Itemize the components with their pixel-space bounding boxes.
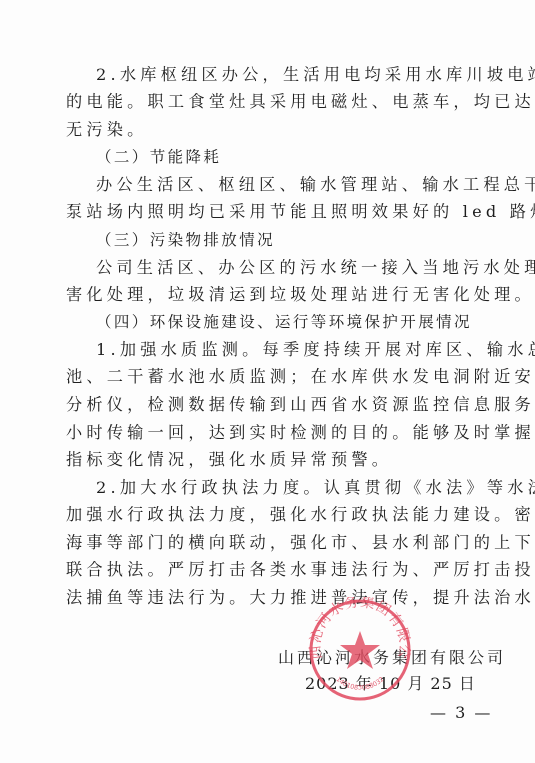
paragraph-line: 指标变化情况，强化水质异常预警。: [66, 450, 478, 470]
paragraph-line: 海事等部门的横向联动，强化市、县水利部门的上下联动，推动: [66, 533, 478, 553]
section-heading: （三）污染物排放情况: [96, 230, 478, 250]
paragraph-line: 联合执法。严厉打击各类水事违法行为、严厉打击投饵钓鱼、非: [66, 560, 478, 580]
paragraph-line: 公司生活区、办公区的污水统一接入当地污水处理站进行无: [96, 258, 478, 278]
paragraph-line: 分析仪，检测数据传输到山西省水资源监控信息服务平台，每 2: [66, 395, 478, 415]
company-seal-icon: 山西沁河水务集团有限公司 1401083088032: [308, 597, 412, 703]
paragraph-line: 办公生活区、枢纽区、输水管理站、输水工程总干一、二级: [96, 175, 478, 195]
section-heading: （二）节能降耗: [96, 147, 478, 167]
paragraph-line: 小时传输一回，达到实时检测的目的。能够及时掌握水质状况及: [66, 423, 478, 443]
page-number: — 3 —: [430, 703, 492, 722]
paragraph-line: 的电能。职工食堂灶具采用电磁灶、电蒸车，均已达到零排放，: [66, 92, 478, 112]
section-heading: （四）环保设施建设、运行等环境保护开展情况: [96, 312, 478, 332]
paragraph-line: 2.加大水行政执法力度。认真贯彻《水法》等水法律法规，: [96, 478, 478, 498]
paragraph-line: 池、二干蓄水池水质监测；在水库供水发电洞附近安放水质检测: [66, 367, 478, 387]
paragraph-line: 1.加强水质监测。每季度持续开展对库区、输水总干蓄水: [96, 340, 478, 360]
paragraph-line: 泵站场内照明均已采用节能且照明效果好的 led 路灯。: [66, 202, 478, 222]
paragraph-line: 害化处理，垃圾清运到垃圾处理站进行无害化处理。: [66, 285, 478, 305]
paragraph-line: 2.水库枢纽区办公，生活用电均采用水库川坡电站水力发电: [96, 65, 478, 85]
paragraph-line: 法捕鱼等违法行为。大力推进普法宣传，提升法治水利观念。: [66, 588, 478, 608]
paragraph-line: 无污染。: [66, 120, 478, 140]
paragraph-line: 加强水行政执法力度，强化水行政执法能力建设。密切与公安、: [66, 505, 478, 525]
document-page: 2.水库枢纽区办公，生活用电均采用水库川坡电站水力发电 的电能。职工食堂灶具采用…: [0, 0, 535, 763]
seal-serial: 1401083088032: [334, 675, 385, 692]
svg-text:1401083088032: 1401083088032: [334, 675, 385, 692]
